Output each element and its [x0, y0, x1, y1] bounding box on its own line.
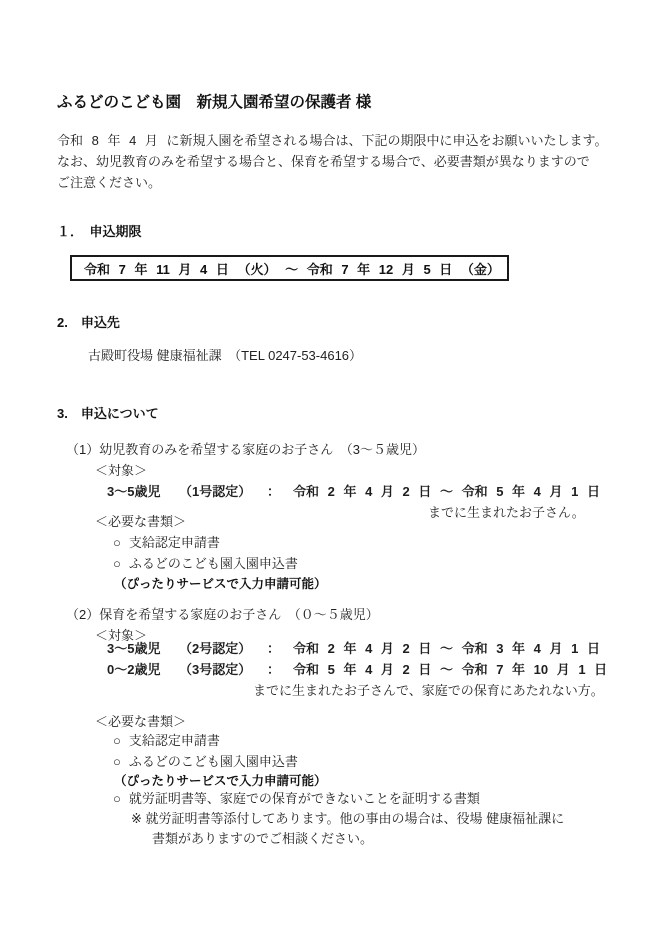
part2-remark-line-1: ※ 就労証明書等添付してあります。他の事由の場合は、役場 健康福祉課に [131, 809, 564, 829]
separator-colon: ： [267, 482, 281, 502]
age-range: 0～2歳児 [107, 660, 165, 680]
age-range: 3～5歳児 [107, 639, 165, 659]
part2-doc-item: ○ 支給認定申請書 [113, 731, 220, 751]
document-page: ふるどのこども園 新規入園希望の保護者 様 令和 8 年 4 月 に新規入園を希… [0, 0, 658, 931]
separator-colon: ： [267, 639, 281, 659]
document-name: 支給認定申請書 [129, 731, 220, 751]
section1-heading: １． 申込期限 [57, 222, 142, 242]
deadline-box: 令和 7 年 11 月 4 日 （火） ～ 令和 7 年 12 月 5 日 （金… [70, 255, 509, 281]
birthdate-range: 令和 5 年 4 月 2 日 ～ 令和 7 年 10 月 1 日 [293, 660, 607, 680]
document-name: ふるどのこども園入園申込書 [129, 752, 298, 772]
document-name: 就労証明書等、家庭での保育ができないことを証明する書類 [129, 789, 480, 809]
part1-doc-item: ○ ふるどのこども園入園申込書 [113, 554, 298, 574]
part1-docs-label: ＜必要な書類＞ [95, 512, 186, 532]
part1-target-label: ＜対象＞ [95, 461, 147, 481]
part2-eligibility-row: 0～2歳児 （3号認定） ： 令和 5 年 4 月 2 日 ～ 令和 7 年 1… [107, 660, 607, 680]
certification-type: （1号認定） [179, 482, 255, 502]
part1-eligibility-row: 3～5歳児 （1号認定） ： 令和 2 年 4 月 2 日 ～ 令和 5 年 4… [107, 482, 600, 502]
certification-type: （2号認定） [179, 639, 255, 659]
birthdate-range: 令和 2 年 4 月 2 日 ～ 令和 3 年 4 月 1 日 [293, 639, 600, 659]
part2-pittari-note: （ぴったりサービスで入力申請可能） [114, 771, 327, 791]
circle-bullet-icon: ○ [113, 554, 121, 574]
contact-info: 古殿町役場 健康福祉課 （TEL 0247-53-4616） [88, 346, 362, 366]
part2-heading: （2）保育を希望する家庭のお子さん （０～５歳児） [66, 605, 379, 625]
circle-bullet-icon: ○ [113, 533, 121, 553]
circle-bullet-icon: ○ [113, 731, 121, 751]
section3-heading: 3. 申込について [57, 404, 159, 424]
document-name: ふるどのこども園入園申込書 [129, 554, 298, 574]
part2-doc-item: ○ 就労証明書等、家庭での保育ができないことを証明する書類 [113, 789, 480, 809]
section2-heading: 2. 申込先 [57, 313, 120, 333]
page-title: ふるどのこども園 新規入園希望の保護者 様 [57, 93, 371, 113]
part1-note: までに生まれたお子さん。 [428, 503, 585, 523]
intro-line-3: ご注意ください。 [57, 173, 161, 193]
deadline-period: 令和 7 年 11 月 4 日 （火） ～ 令和 7 年 12 月 5 日 （金… [84, 259, 500, 278]
part2-doc-item: ○ ふるどのこども園入園申込書 [113, 752, 298, 772]
part1-pittari-note: （ぴったりサービスで入力申請可能） [114, 574, 327, 594]
part1-heading: （1）幼児教育のみを希望する家庭のお子さん （3～５歳児） [66, 440, 425, 460]
part1-doc-item: ○ 支給認定申請書 [113, 533, 220, 553]
intro-line-1: 令和 8 年 4 月 に新規入園を希望される場合は、下記の期限中に申込をお願いい… [57, 131, 607, 151]
birthdate-range: 令和 2 年 4 月 2 日 ～ 令和 5 年 4 月 1 日 [293, 482, 600, 502]
certification-type: （3号認定） [179, 660, 255, 680]
part2-note: までに生まれたお子さんで、家庭での保育にあたれない方。 [253, 681, 604, 701]
age-range: 3～5歳児 [107, 482, 165, 502]
intro-line-2: なお、幼児教育のみを希望する場合と、保育を希望する場合で、必要書類が異なりますの… [57, 152, 590, 172]
part2-eligibility-row: 3～5歳児 （2号認定） ： 令和 2 年 4 月 2 日 ～ 令和 3 年 4… [107, 639, 600, 659]
part2-remark-line-2: 書類がありますのでご相談ください。 [152, 829, 373, 849]
separator-colon: ： [267, 660, 281, 680]
circle-bullet-icon: ○ [113, 752, 121, 772]
circle-bullet-icon: ○ [113, 789, 121, 809]
part2-docs-label: ＜必要な書類＞ [95, 712, 186, 732]
document-name: 支給認定申請書 [129, 533, 220, 553]
